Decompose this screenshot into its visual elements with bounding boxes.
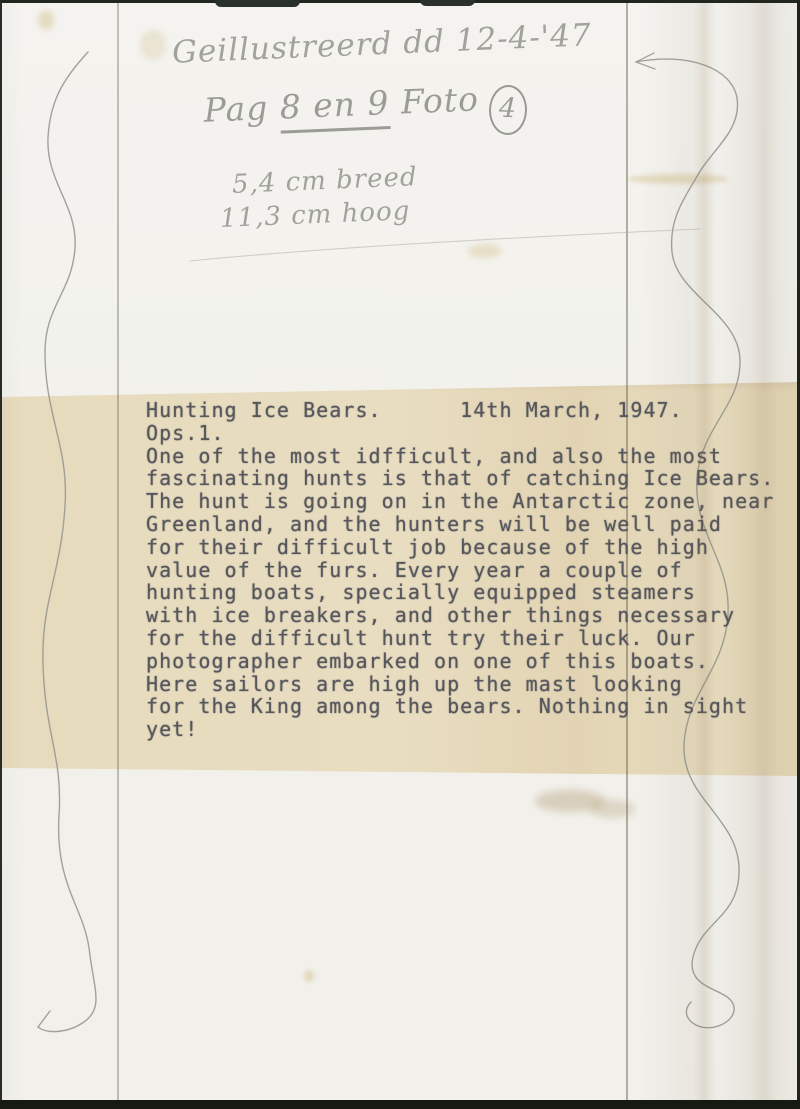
caption-line: hunting boats, specially equipped steame…: [146, 581, 774, 604]
photo-edge-top: [0, 0, 800, 3]
caption-line: for the King among the bears. Nothing in…: [146, 695, 774, 718]
caption-line: Greenland, and the hunters will be well …: [146, 513, 774, 536]
fold-line-left: [117, 0, 119, 1109]
sweep-pencil-line: [190, 229, 700, 261]
handwritten-note-page: Pag 8 en 9 Foto4: [203, 77, 528, 147]
handwritten-foto-word: Foto: [389, 79, 480, 122]
handwritten-note-height: 11,3 cm hoog: [219, 196, 410, 234]
caption-line: value of the furs. Every year a couple o…: [146, 559, 774, 582]
handwritten-page-prefix: Pag: [203, 88, 281, 130]
stain: [468, 244, 502, 258]
stain: [38, 10, 54, 30]
photo-edge-smudge: [215, 0, 300, 7]
left-squiggle-arrow-tip: [38, 1011, 50, 1027]
typewritten-caption: Hunting Ice Bears. 14th March, 1947. Ops…: [146, 399, 774, 741]
caption-line: The hunt is going on in the Antarctic zo…: [146, 490, 774, 513]
stain: [140, 30, 166, 60]
caption-line: One of the most idfficult, and also the …: [146, 445, 774, 468]
caption-line: yet!: [146, 718, 774, 741]
circled-photo-number: 4: [489, 85, 528, 136]
caption-line: Ops.1.: [146, 422, 774, 445]
caption-line: Here sailors are high up the mast lookin…: [146, 673, 774, 696]
handwritten-note-width: 5,4 cm breed: [231, 162, 418, 200]
caption-title-line: Hunting Ice Bears. 14th March, 1947.: [146, 399, 774, 422]
photo-edge-bottom: [0, 1100, 800, 1109]
photo-edge-smudge: [420, 0, 475, 6]
stain: [628, 174, 728, 184]
scanned-photo-card: Geillustreerd dd 12-4-'47 Pag 8 en 9 Fot…: [0, 0, 800, 1109]
stain: [590, 800, 635, 818]
underlined-page-numbers: 8 en 9: [279, 83, 391, 134]
caption-line: photographer embarked on one of this boa…: [146, 650, 774, 673]
stain: [304, 970, 314, 982]
handwritten-note-date: Geillustreerd dd 12-4-'47: [171, 17, 592, 71]
caption-line: fascinating hunts is that of catching Ic…: [146, 467, 774, 490]
caption-line: for the difficult hunt try their luck. O…: [146, 627, 774, 650]
right-squiggle-arrowhead: [636, 53, 655, 69]
caption-line: for their difficult job because of the h…: [146, 536, 774, 559]
caption-line: with ice breakers, and other things nece…: [146, 604, 774, 627]
